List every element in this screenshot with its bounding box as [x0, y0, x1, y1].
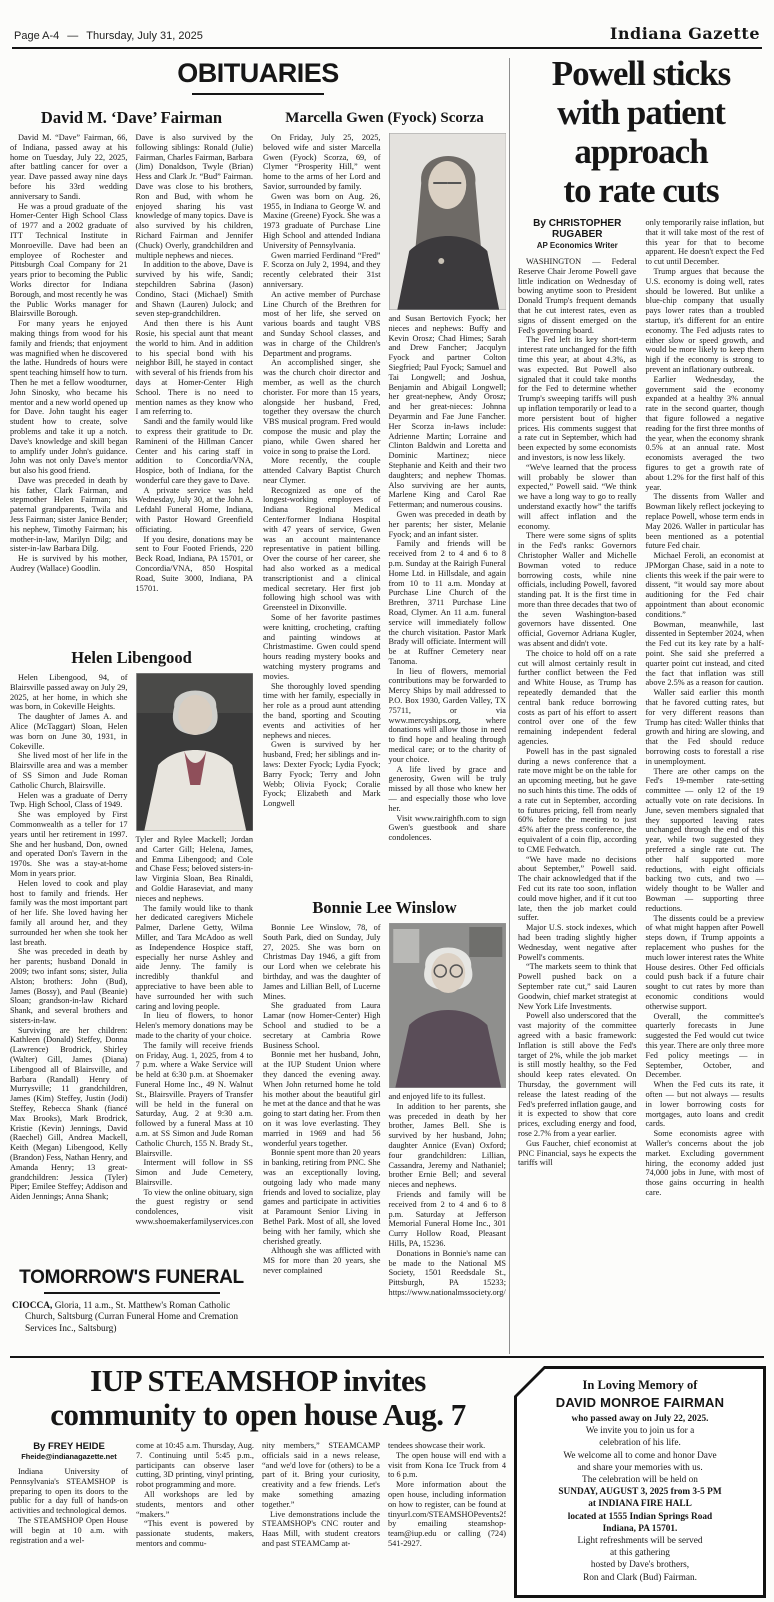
obit-title-fairman: David M. ‘Dave’ Fairman — [10, 109, 253, 127]
obit-paragraph: The family will receive friends on Frida… — [136, 1041, 254, 1159]
article-paragraph: “The markets seem to think that Powell p… — [518, 962, 637, 1011]
obit-paragraph: Gwen is survived by her husband, Fred; h… — [263, 740, 381, 809]
obit-paragraph: She thoroughly loved spending time with … — [263, 682, 381, 741]
header-rule — [12, 47, 762, 49]
obit-paragraph: Bonnie Lee Winslow, 78, of South Park, d… — [263, 923, 381, 1001]
obit-paragraph: She lived most of her life in the Blairs… — [10, 751, 128, 790]
article-paragraph: Indiana University of Pennsylvania's STE… — [10, 1467, 128, 1516]
article-paragraph: More information about the open house, i… — [388, 1480, 506, 1549]
obit-paragraph: Gwen was born on Aug. 26, 1955, in India… — [263, 192, 381, 251]
article-paragraph: The dissents could be a preview of what … — [646, 914, 765, 1012]
memorial-line: We invite you to join us for a — [523, 1425, 757, 1437]
page-header: Page A-4—Thursday, July 31, 2025 Indiana… — [14, 24, 760, 43]
obit-paragraph: For many years he enjoyed making things … — [10, 319, 128, 476]
powell-article-body: By CHRISTOPHER RUGABER AP Economics Writ… — [518, 218, 764, 1350]
article-paragraph: The choice to hold off on a rate cut wil… — [518, 649, 637, 747]
steamshop-headline: IUP STEAMSHOP invitescommunity to open h… — [10, 1364, 506, 1432]
obit-body: David M. “Dave” Fairman, 66, of Indiana,… — [10, 133, 253, 635]
obit-column: On Friday, July 25, 2025, beloved wife a… — [263, 133, 381, 885]
headline-line: community to open house Aug. 7 — [10, 1398, 506, 1432]
obituaries-left-group: David M. ‘Dave’ Fairman David M. “Dave” … — [10, 95, 253, 1337]
article-paragraph: come at 10:45 a.m. Thursday, Aug. 7. Con… — [136, 1441, 254, 1490]
obituaries-section-title: OBITUARIES — [10, 58, 506, 88]
newspaper-page: Page A-4—Thursday, July 31, 2025 Indiana… — [0, 0, 774, 1602]
obit-paragraph: In addition to the above, Dave is surviv… — [136, 260, 254, 319]
obit-paragraph: A life lived by grace and generosity, Gw… — [389, 765, 507, 814]
obit-paragraph: David M. “Dave” Fairman, 66, of Indiana,… — [10, 133, 128, 202]
memorial-name: DAVID MONROE FAIRMAN — [523, 1395, 757, 1410]
obit-title-winslow: Bonnie Lee Winslow — [263, 899, 506, 917]
article-paragraph: Gus Faucher, chief economist at PNC Fina… — [518, 1139, 637, 1168]
article-paragraph: Major U.S. stock indexes, which had been… — [518, 923, 637, 962]
article-paragraph: The dissents from Waller and Bowman like… — [646, 492, 765, 551]
article-paragraph: WASHINGTON — Federal Reserve Chair Jerom… — [518, 257, 637, 335]
obit-paragraph: Helen loved to cook and play host to fam… — [10, 879, 128, 948]
memorial-line: SUNDAY, AUGUST 3, 2025 from 3-5 PM — [523, 1486, 757, 1498]
obit-paragraph: and Susan Bertovich Fyock; her nieces an… — [389, 314, 507, 510]
article-paragraph: The Fed left its key short-term interest… — [518, 335, 637, 462]
obit-paragraph: He is survived by his mother, Audrey (Wa… — [10, 554, 128, 574]
obit-column: Tyler and Rylee Mackell; Jordan and Cart… — [136, 673, 254, 1255]
obituary-scorza: Marcella Gwen (Fyock) Scorza On Friday, … — [263, 109, 506, 885]
memorial-line: hosted by Dave's brothers, — [523, 1559, 757, 1571]
column-divider — [509, 58, 510, 1354]
obit-paragraph: Donations in Bonnie's name can be made t… — [389, 1249, 507, 1298]
funeral-entry-name: CIOCCA, — [12, 1301, 52, 1311]
obit-column: Dave is also survived by the following s… — [136, 133, 254, 635]
memorial-line: and share your memories with us. — [523, 1462, 757, 1474]
article-column: By CHRISTOPHER RUGABER AP Economics Writ… — [518, 218, 637, 1350]
obit-paragraph: Gwen married Ferdinand “Fred” F. Scorza … — [263, 251, 381, 290]
article-paragraph: All workshops are led by students, mento… — [136, 1490, 254, 1519]
obit-column-text: Tyler and Rylee Mackell; Jordan and Cart… — [136, 835, 254, 1227]
article-paragraph: Waller said earlier this month that he f… — [646, 688, 765, 766]
obit-paragraph: More recently, the couple attended Calva… — [263, 456, 381, 485]
steamshop-byline: By FREY HEIDE — [10, 1441, 128, 1452]
headline-line: with patient — [518, 93, 764, 132]
obit-paragraph: He was a proud graduate of the Homer-Cen… — [10, 202, 128, 320]
article-column: tendees showcase their work.The open hou… — [388, 1441, 506, 1597]
article-paragraph: tendees showcase their work. — [388, 1441, 506, 1451]
article-paragraph: The open house will end with a visit fro… — [388, 1451, 506, 1480]
obit-paragraph: She was employed by First Commonwealth a… — [10, 810, 128, 879]
article-paragraph: There were some signs of splits in the F… — [518, 531, 637, 649]
memorial-line: at this gathering — [523, 1547, 757, 1559]
memorial-notice-box: In Loving Memory of DAVID MONROE FAIRMAN… — [514, 1366, 766, 1598]
tomorrows-funeral-title: TOMORROW'S FUNERAL — [10, 1267, 253, 1288]
obit-paragraph: Although she was afflicted with MS for m… — [263, 1246, 381, 1275]
obit-paragraph: The daughter of James A. and Alice (McTa… — [10, 712, 128, 751]
article-paragraph: Powell also underscored that the vast ma… — [518, 1011, 637, 1138]
steamshop-article: IUP STEAMSHOP invitescommunity to open h… — [10, 1364, 506, 1602]
scorza-portrait-photo — [389, 133, 507, 310]
obit-paragraph: Gwen was preceded in death by her parent… — [389, 510, 507, 539]
article-paragraph: “This event is powered by passionate stu… — [136, 1519, 254, 1548]
obit-paragraph: Dave was preceded in death by his father… — [10, 476, 128, 554]
memorial-line: Light refreshments will be served — [523, 1535, 757, 1547]
memorial-line: celebration of his life. — [523, 1437, 757, 1449]
obit-paragraph: Helen Libengood, 94, of Blairsville pass… — [10, 673, 128, 712]
article-paragraph: Earlier Wednesday, the government said t… — [646, 375, 765, 493]
powell-headline: Powell stickswith patientapproachto rate… — [518, 54, 764, 210]
headline-line: to rate cuts — [518, 171, 764, 210]
newspaper-masthead: Indiana Gazette — [610, 24, 760, 43]
obit-paragraph: Dave is also survived by the following s… — [136, 133, 254, 260]
obit-paragraph: The family would like to thank her dedic… — [136, 904, 254, 1012]
obit-column: and Susan Bertovich Fyock; her nieces an… — [389, 133, 507, 885]
article-paragraph: The STEAMSHOP Open House will begin at 1… — [10, 1516, 128, 1545]
obit-paragraph: And then there is his Aunt Rosie, his sp… — [136, 319, 254, 417]
obit-paragraph: Bonnie spent more than 20 years in banki… — [263, 1148, 381, 1246]
obit-paragraph: In lieu of flowers, to honor Helen's mem… — [136, 1011, 254, 1040]
obit-paragraph: Tyler and Rylee Mackell; Jordan and Cart… — [136, 835, 254, 904]
article-paragraph: Some economists agree with Waller's conc… — [646, 1129, 765, 1198]
article-paragraph: only temporarily raise inflation, but th… — [646, 218, 765, 267]
article-column: only temporarily raise inflation, but th… — [646, 218, 765, 1350]
funeral-entry: CIOCCA, Gloria, 11 a.m., St. Matthew's R… — [12, 1301, 251, 1335]
article-column-text: WASHINGTON — Federal Reserve Chair Jerom… — [518, 257, 637, 1168]
memorial-line: We welcome all to come and honor Dave — [523, 1450, 757, 1462]
headline-line: Powell sticks — [518, 54, 764, 93]
article-paragraph: There are other camps on the Fed's 19-me… — [646, 767, 765, 914]
obit-body: Helen Libengood, 94, of Blairsville pass… — [10, 673, 253, 1255]
obit-title-scorza: Marcella Gwen (Fyock) Scorza — [263, 109, 506, 127]
funeral-entry-details: Gloria, 11 a.m., St. Matthew's Roman Cat… — [25, 1301, 238, 1334]
tomorrows-funeral-section: TOMORROW'S FUNERAL CIOCCA, Gloria, 11 a.… — [10, 1267, 253, 1335]
libengood-portrait-photo — [136, 673, 254, 831]
obituary-fairman: David M. ‘Dave’ Fairman David M. “Dave” … — [10, 109, 253, 635]
article-paragraph: Powell has in the past signaled during a… — [518, 747, 637, 855]
obit-paragraph: An active member of Purchase Line Church… — [263, 290, 381, 359]
obit-column: and enjoyed life to its fullest.In addit… — [389, 923, 507, 1337]
memorial-line: The celebration will be held on — [523, 1474, 757, 1486]
page-date: Thursday, July 31, 2025 — [86, 30, 203, 42]
obit-paragraph: A private service was held Wednesday, Ju… — [136, 486, 254, 535]
obit-column: Bonnie Lee Winslow, 78, of South Park, d… — [263, 923, 381, 1337]
section-rule — [10, 1356, 764, 1358]
article-paragraph: nity members,” STEAMCAMP officials said … — [262, 1441, 380, 1510]
memorial-lines: who passed away on July 22, 2025.We invi… — [523, 1413, 757, 1584]
obit-paragraph: In addition to her parents, she was prec… — [389, 1102, 507, 1190]
memorial-line: at INDIANA FIRE HALL — [523, 1498, 757, 1510]
powell-article: Powell stickswith patientapproachto rate… — [518, 54, 764, 1350]
article-paragraph: Overall, the committee's quarterly forec… — [646, 1012, 765, 1081]
obituary-libengood: Helen Libengood Helen Libengood, 94, of … — [10, 649, 253, 1255]
article-paragraph: Bowman, meanwhile, last dissented in Sep… — [646, 620, 765, 689]
article-paragraph: Trump argues that because the U.S. econo… — [646, 267, 765, 375]
tomorrows-funeral-rule — [44, 1292, 220, 1294]
obit-paragraph: If you desire, donations may be sent to … — [136, 535, 254, 594]
winslow-portrait-photo — [389, 923, 507, 1088]
obit-paragraph: Family and friends will be received from… — [389, 539, 507, 666]
obit-paragraph: Recognized as one of the longest-working… — [263, 486, 381, 613]
obit-paragraph: Interment will follow in SS Simon and Ju… — [136, 1158, 254, 1187]
obit-paragraph: She graduated from Laura Lamar (now Home… — [263, 1001, 381, 1050]
obit-paragraph: Visit www.rairighfh.com to sign Gwen's g… — [389, 814, 507, 843]
article-paragraph: Live demonstrations include the STEAMSHO… — [262, 1510, 380, 1549]
memorial-line: located at 1555 Indian Springs Road — [523, 1511, 757, 1523]
powell-byline: By CHRISTOPHER RUGABER — [518, 218, 637, 240]
obit-title-libengood: Helen Libengood — [10, 649, 253, 667]
obit-column-text: and enjoyed life to its fullest.In addit… — [389, 1092, 507, 1298]
memorial-notice-content: In Loving Memory of DAVID MONROE FAIRMAN… — [517, 1369, 763, 1595]
article-paragraph: “We have made no decisions about Septemb… — [518, 855, 637, 924]
obit-paragraph: She was preceded in death by her parents… — [10, 947, 128, 1025]
memorial-line: Indiana, PA 15701. — [523, 1523, 757, 1535]
obit-column: David M. “Dave” Fairman, 66, of Indiana,… — [10, 133, 128, 635]
article-column: nity members,” STEAMCAMP officials said … — [262, 1441, 380, 1597]
obituaries-section: OBITUARIES David M. ‘Dave’ Fairman David… — [10, 58, 506, 1337]
obituaries-columns: David M. ‘Dave’ Fairman David M. “Dave” … — [10, 95, 506, 1337]
obit-paragraph: Friends and family will be received from… — [389, 1190, 507, 1249]
headline-line: IUP STEAMSHOP invites — [10, 1364, 506, 1398]
memorial-line: who passed away on July 22, 2025. — [523, 1413, 757, 1425]
obit-paragraph: Surviving are her children: Kathleen (Do… — [10, 1026, 128, 1202]
obituary-winslow: Bonnie Lee Winslow Bonnie Lee Winslow, 7… — [263, 899, 506, 1337]
obit-paragraph: Helen was a graduate of Derry Twp. High … — [10, 791, 128, 811]
obit-paragraph: In lieu of flowers, memorial contributio… — [389, 667, 507, 765]
obit-paragraph: Sandi and the family would like to expre… — [136, 417, 254, 486]
obit-paragraph: Some of her favorite pastimes were knitt… — [263, 613, 381, 682]
steamshop-byline-email: Fheide@indianagazette.net — [10, 1452, 128, 1461]
article-paragraph: “We've learned that the process will pro… — [518, 463, 637, 532]
article-column: By FREY HEIDE Fheide@indianagazette.net … — [10, 1441, 128, 1597]
article-paragraph: When the Fed cuts its rate, it often — b… — [646, 1080, 765, 1129]
memorial-line: Ron and Clark (Bud) Fairman. — [523, 1572, 757, 1584]
obit-paragraph: Bonnie met her husband, John, at the IUP… — [263, 1050, 381, 1148]
obit-paragraph: To view the online obituary, sign the gu… — [136, 1188, 254, 1227]
obit-column-text: and Susan Bertovich Fyock; her nieces an… — [389, 314, 507, 843]
powell-byline-role: AP Economics Writer — [518, 241, 637, 250]
obit-paragraph: An accomplished singer, she was the chur… — [263, 358, 381, 456]
obit-column: Helen Libengood, 94, of Blairsville pass… — [10, 673, 128, 1255]
article-column: come at 10:45 a.m. Thursday, Aug. 7. Con… — [136, 1441, 254, 1597]
page-number: Page A-4 — [14, 30, 59, 42]
obituaries-right-group: Marcella Gwen (Fyock) Scorza On Friday, … — [263, 95, 506, 1337]
page-info: Page A-4—Thursday, July 31, 2025 — [14, 30, 203, 42]
article-paragraph: Michael Feroli, an economist at JPMorgan… — [646, 551, 765, 620]
memorial-intro: In Loving Memory of — [523, 1378, 757, 1393]
obit-paragraph: On Friday, July 25, 2025, beloved wife a… — [263, 133, 381, 192]
obit-body: Bonnie Lee Winslow, 78, of South Park, d… — [263, 923, 506, 1337]
headline-line: approach — [518, 132, 764, 171]
article-column-text: Indiana University of Pennsylvania's STE… — [10, 1467, 128, 1545]
obit-body: On Friday, July 25, 2025, beloved wife a… — [263, 133, 506, 885]
steamshop-article-body: By FREY HEIDE Fheide@indianagazette.net … — [10, 1441, 506, 1597]
header-separator: — — [67, 30, 78, 42]
obit-paragraph: and enjoyed life to its fullest. — [389, 1092, 507, 1102]
